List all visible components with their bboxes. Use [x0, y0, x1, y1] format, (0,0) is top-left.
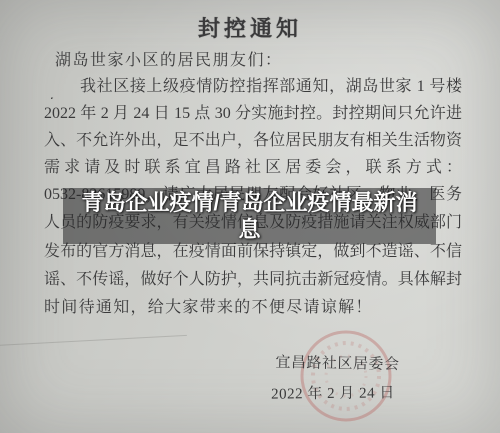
notice-line: 我社区接上级疫情防控指挥部通知，湖岛世家 1 号楼自	[44, 77, 462, 99]
notice-line: 需求请及时联系宜昌路社区居委会，联系方式：	[44, 158, 462, 180]
notice-line: 入、不允许外出，足不出户，各位居民朋友有相关生活物资	[44, 131, 462, 153]
notice-title: 封控通知	[0, 12, 500, 43]
official-seal-icon	[299, 329, 393, 423]
overlay-caption-band: 青岛企业疫情/青岛企业疫情最新消 息	[63, 188, 436, 244]
notice-line: 2022 年 2 月 24 日 15 点 30 分实施封控。封控期间只允许进	[44, 104, 462, 126]
paper-crease	[0, 335, 187, 346]
overlay-caption-line2: 息	[238, 216, 260, 243]
notice-date: 2022 年 2 月 24 日	[268, 381, 398, 403]
notice-line: 发布的官方消息，在疫情面前保持镇定，做到不造谣、不信	[44, 242, 462, 264]
overlay-caption-line1: 青岛企业疫情/青岛企业疫情最新消	[81, 189, 417, 216]
notice-signature: 宜昌路社区居委会	[270, 351, 405, 374]
notice-line: 谣、不传谣，做好个人防护，共同抗击新冠疫情。具体解封	[44, 270, 462, 292]
notice-greeting: 湖岛世家小区的居民朋友们：	[55, 47, 283, 70]
notice-photo: 封控通知 湖岛世家小区的居民朋友们： 我社区接上级疫情防控指挥部通知，湖岛世家 …	[0, 0, 500, 433]
notice-line: 时间待通知，给大家带来的不便尽请谅解！	[44, 298, 462, 320]
